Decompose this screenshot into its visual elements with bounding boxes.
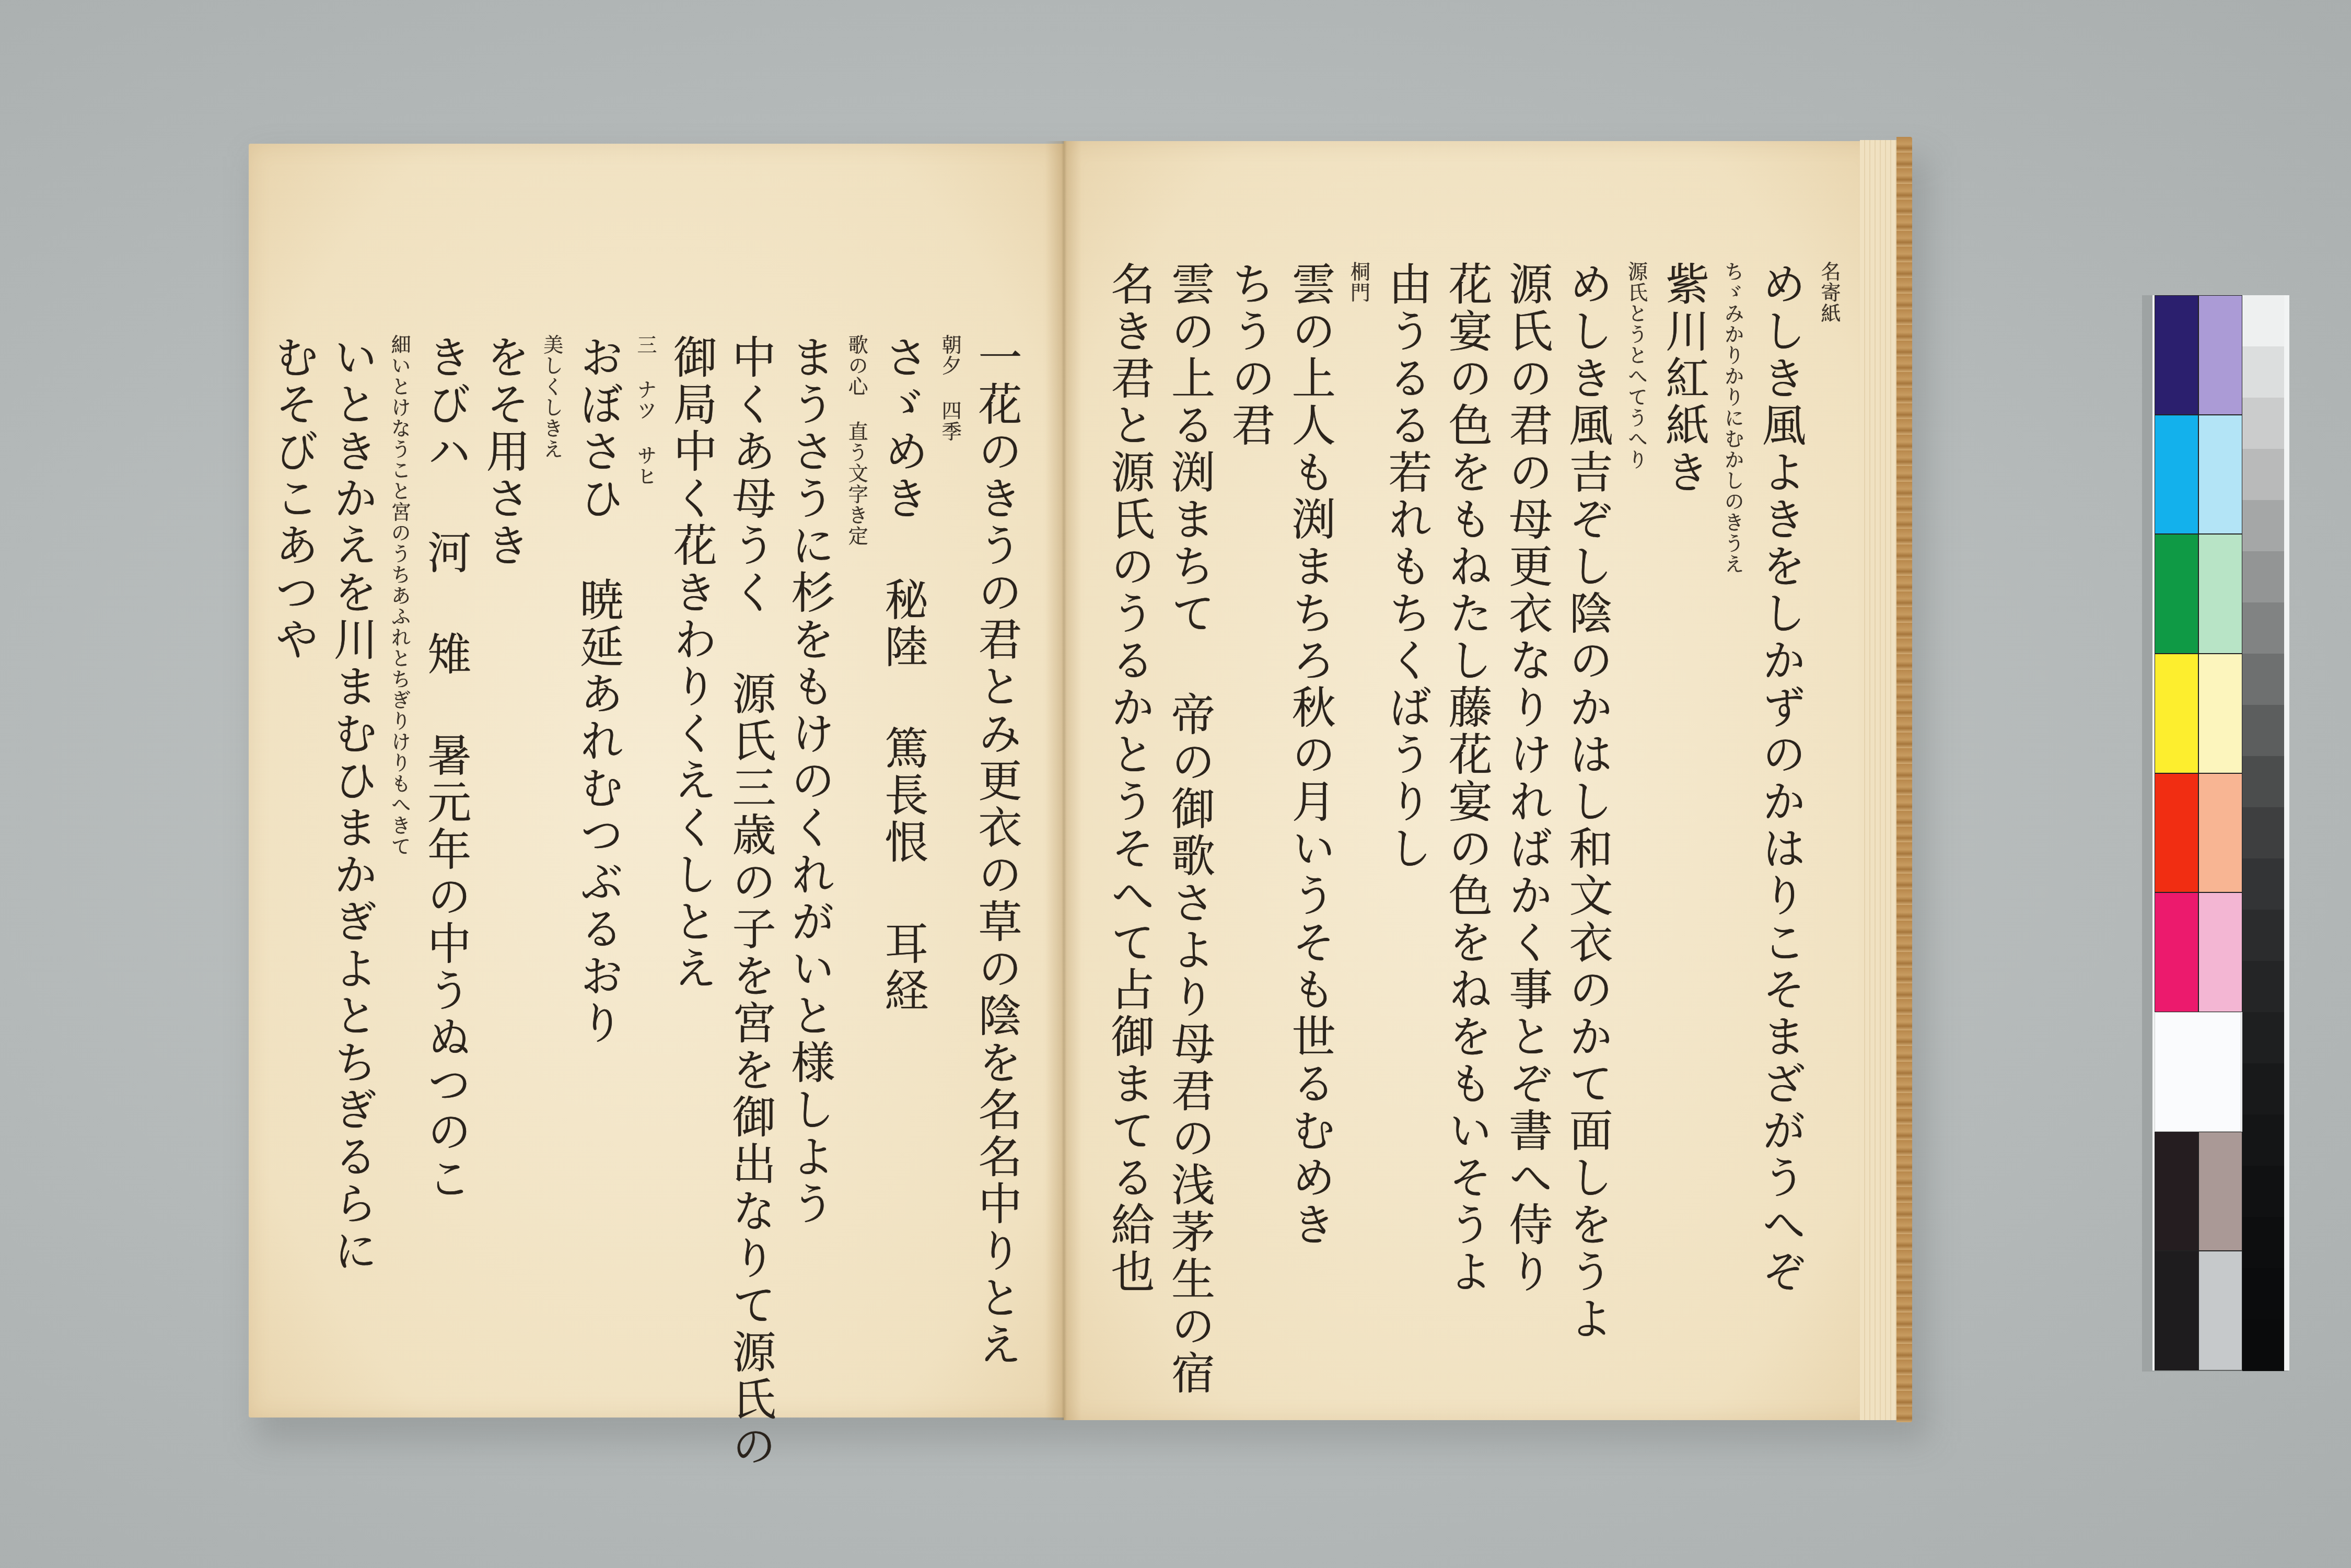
ruby-annotation: ちゞみかりかりにむかしのきうえ: [1722, 261, 1742, 1358]
gray-scale-step: [2242, 1268, 2284, 1320]
color-patch: [2155, 773, 2198, 893]
text-column: 中くあ母うく 源氏三歳の子を宮を御出なりて源氏の: [729, 334, 773, 1406]
gray-scale-step: [2242, 1063, 2284, 1115]
text-column: 雲の上る渕まちて 帝の御歌さより母君の浅茅生の宿: [1168, 261, 1212, 1358]
gray-scale-step: [2242, 654, 2284, 705]
text-column: 一花のきうの君とみ更衣の草の陰を名名中りとえ: [975, 334, 1019, 1406]
gray-scale-step: [2242, 705, 2284, 757]
text-column: 花宴の色をもねたし藤花宴の色をねをもいそうよ: [1445, 261, 1489, 1358]
book-gutter: [1045, 141, 1081, 1420]
text-column: 名き君と源氏のうるかとうそへて占御まてる給也: [1108, 261, 1151, 1358]
color-patch: [2198, 415, 2242, 535]
color-patch: [2155, 415, 2198, 535]
color-patch: [2198, 892, 2242, 1012]
text-column: 紫川紅紙き: [1662, 261, 1706, 1358]
gray-scale-step: [2242, 398, 2284, 449]
chart-panel: [2152, 295, 2289, 1370]
text-column: 源氏の君の母更衣なりければかく事とぞ書へ侍り: [1506, 261, 1550, 1358]
color-patch: [2155, 295, 2198, 415]
right-page-text: 名寄紙 めしき風よきをしかずのかはりこそまざがうへぞ ちゞみかりかりにむかしのき…: [1108, 261, 1839, 1358]
color-patch: [2155, 892, 2198, 1012]
text-column: をそ用さき: [483, 334, 527, 1406]
gray-scale-step: [2242, 449, 2284, 501]
column-heading: 名寄紙: [1819, 261, 1839, 1358]
text-column: いときかえを川まむひまかぎよとちぎるらに: [331, 334, 375, 1406]
book-cover-edge: [1896, 137, 1912, 1422]
gray-scale-step: [2242, 1166, 2284, 1217]
color-calibration-chart: [2142, 295, 2288, 1372]
color-patch: [2198, 654, 2242, 773]
text-column: ちうの君: [1228, 261, 1272, 1358]
page-stack-edge: [1860, 140, 1902, 1420]
text-column: さゞめき 秘陸 篤長恨 耳経: [881, 334, 925, 1406]
gray-scale-step: [2242, 602, 2284, 654]
ruby-annotation: 歌の心 直う文字き定: [846, 334, 866, 1406]
text-column: まうさうに杉をもけのくれがいと様しよう: [788, 334, 832, 1406]
color-patch: [2155, 1251, 2198, 1370]
ruby-annotation: 三 ナツ サヒ: [635, 334, 655, 1406]
gray-scale-step: [2242, 295, 2284, 347]
gray-scale-step: [2242, 1319, 2284, 1371]
ruby-annotation: 美しくしきえ: [542, 334, 562, 1406]
ruby-annotation: 源氏とうとへてうへり: [1626, 261, 1646, 1358]
color-patch: [2198, 1251, 2242, 1370]
color-patch: [2198, 1132, 2242, 1251]
text-column: 由うるる若れもちくばうりし: [1385, 261, 1429, 1358]
text-column: めしき風吉ぞし陰のかはし和文衣のかて面しをうよ: [1566, 261, 1610, 1358]
text-column: 御局中く花きわりくえくしとえ: [670, 334, 714, 1406]
color-patch: [2198, 534, 2242, 654]
color-patch: [2198, 295, 2242, 415]
text-column: むそびこあつや: [272, 334, 316, 1406]
column-heading: 桐門: [1349, 261, 1369, 1358]
white-patch: [2155, 1012, 2241, 1132]
gray-scale-step: [2242, 551, 2284, 603]
color-patch: [2155, 1132, 2198, 1251]
text-column: おぼさひ 暁延あれむつぶるおり: [576, 334, 620, 1406]
gray-scale-step: [2242, 756, 2284, 808]
gray-scale-step: [2242, 1012, 2284, 1064]
gray-scale-step: [2242, 500, 2284, 552]
text-column: 雲の上人も渕まちろ秋の月いうそも世るむめき: [1288, 261, 1332, 1358]
color-patch: [2198, 773, 2242, 893]
gray-scale-step: [2242, 1217, 2284, 1269]
gray-scale-step: [2242, 910, 2284, 961]
ruby-annotation: 朝夕 四季: [940, 334, 960, 1406]
gray-scale-step: [2242, 961, 2284, 1013]
gray-scale-step: [2242, 858, 2284, 910]
left-page-text: 一花のきうの君とみ更衣の草の陰を名名中りとえ 朝夕 四季 さゞめき 秘陸 篤長恨…: [272, 334, 1019, 1406]
text-column: めしき風よきをしかずのかはりこそまざがうへぞ: [1759, 261, 1803, 1358]
gray-scale-step: [2242, 1114, 2284, 1166]
gray-scale-step: [2242, 346, 2284, 398]
ruby-annotation: 細いとけなうこと宮のうちあふれとちぎりけりもへきて: [389, 334, 409, 1406]
text-column: きびハ 河 雉 暑元年の中うぬつのこ: [424, 334, 468, 1406]
color-patch: [2155, 654, 2198, 773]
color-patch: [2155, 534, 2198, 654]
gray-scale-step: [2242, 807, 2284, 859]
